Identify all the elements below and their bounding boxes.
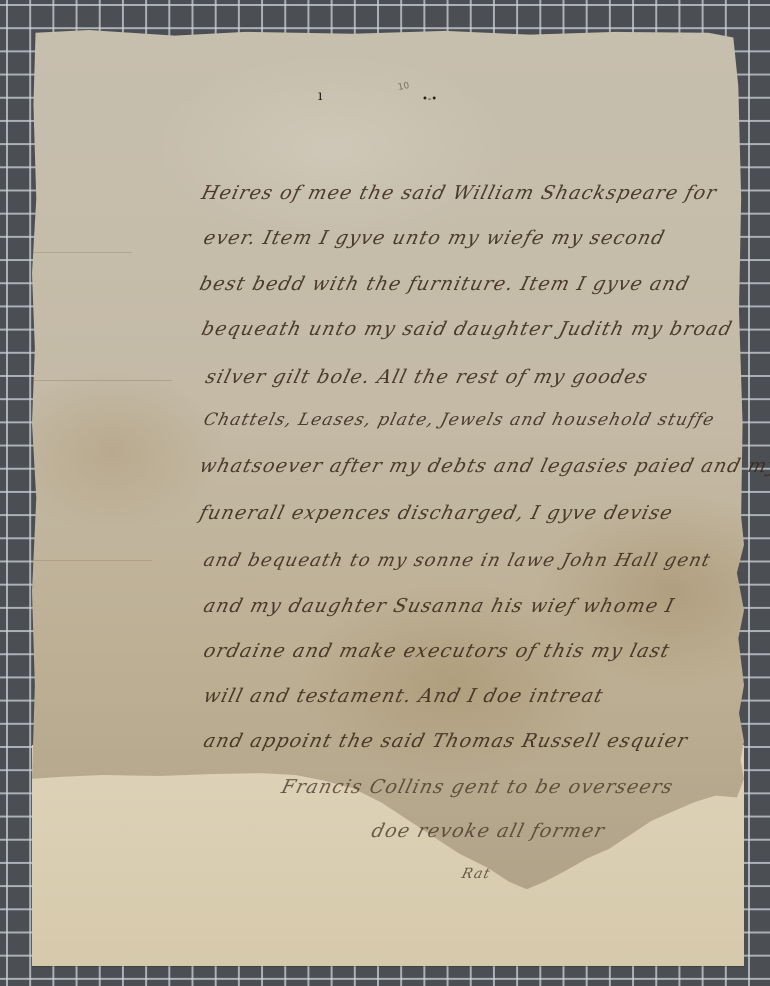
manuscript-line-11: ordaine and make executors of this my la…	[201, 640, 672, 662]
manuscript-line-10: and my daughter Susanna his wief whome I	[201, 595, 677, 617]
manuscript-line-8: funerall expences discharged, I gyve dev…	[197, 502, 675, 524]
manuscript-line-6: Chattels, Leases, plate, Jewels and hous…	[202, 410, 718, 430]
manuscript-line-5: silver gilt bole. All the rest of my goo…	[203, 366, 650, 388]
manuscript-line-3: best bedd with the furniture. Item I gyv…	[197, 273, 692, 295]
manuscript-line-13: and appoint the said Thomas Russell esqu…	[201, 730, 690, 752]
manuscript-line-7: whatsoever after my debts and legasies p…	[197, 455, 770, 477]
manuscript-sheet: ı •-• 10 Heires of mee the said William …	[32, 30, 744, 966]
manuscript-line-2: ever. Item I gyve unto my wiefe my secon…	[201, 227, 667, 249]
manuscript-line-16: Rat	[460, 866, 492, 882]
manuscript-line-14: Francis Collins gent to be overseers	[279, 776, 676, 798]
manuscript-line-9: and bequeath to my sonne in lawe John Ha…	[201, 550, 713, 571]
manuscript-line-12: will and testament. And I doe intreat	[201, 685, 606, 707]
manuscript-line-1: Heires of mee the said William Shackspea…	[199, 182, 719, 204]
manuscript-line-15: doe revoke all former	[369, 820, 607, 842]
manuscript-line-4: bequeath unto my said daughter Judith my…	[199, 318, 735, 340]
manuscript-text: Heires of mee the said William Shackspea…	[32, 30, 744, 966]
